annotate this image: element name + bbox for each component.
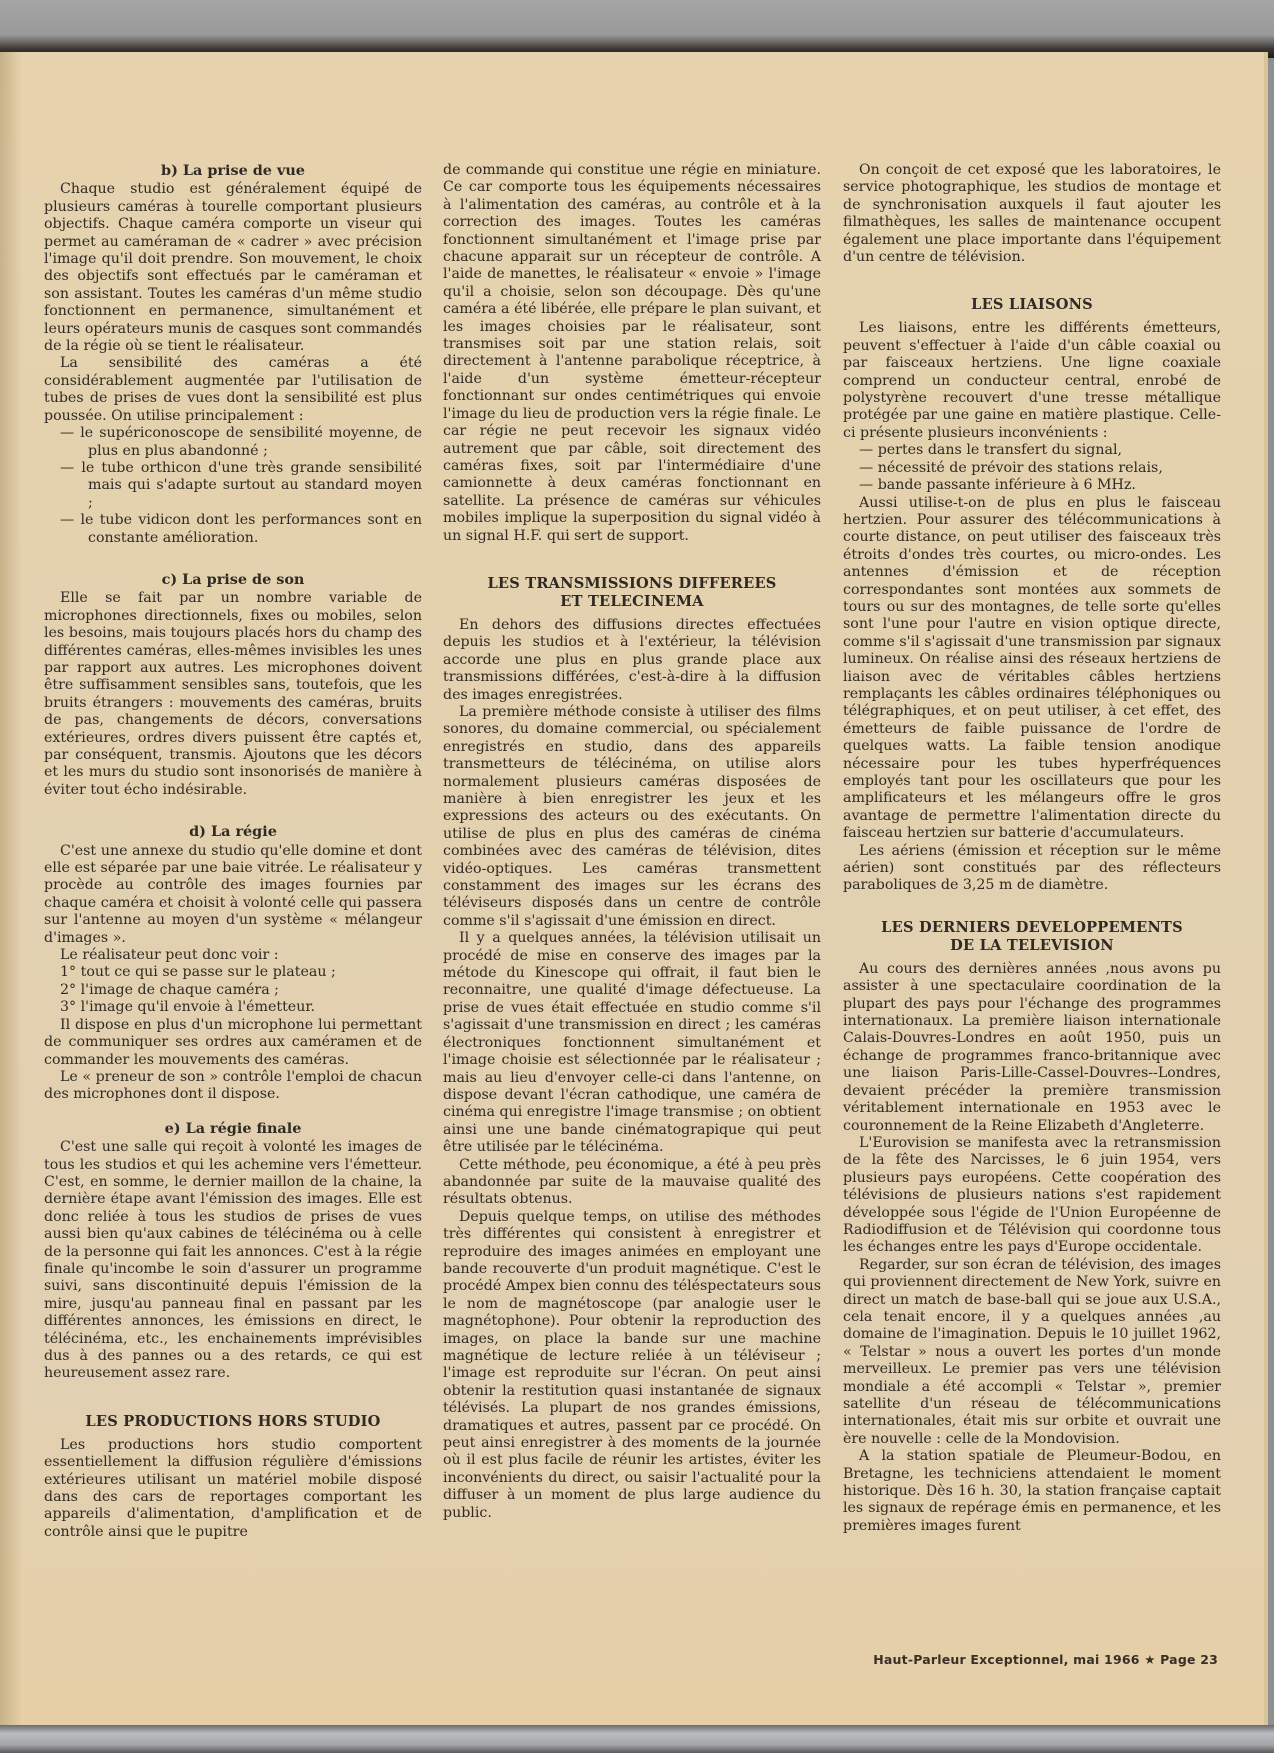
paragraph: L'Eurovision se manifesta avec la retran… <box>843 1135 1221 1257</box>
paragraph: Au cours des dernières années ,nous avon… <box>843 961 1221 1135</box>
paragraph: On conçoit de cet exposé que les laborat… <box>843 162 1221 266</box>
paragraph: Chaque studio est généralement équipé de… <box>44 181 422 355</box>
scan-bottom-edge <box>0 1725 1274 1753</box>
list-item: — le tube orthicon d'une très grande sen… <box>44 460 422 512</box>
paragraph: Les productions hors studio comportent e… <box>44 1437 422 1541</box>
paragraph: Les liaisons, entre les différents émett… <box>843 320 1221 442</box>
section-heading-transmissions-differees: LES TRANSMISSIONS DIFFEREES ET TELECINEM… <box>443 575 821 611</box>
heading-line: LES DERNIERS DEVELOPPEMENTS <box>881 919 1183 936</box>
heading-regie: d) La régie <box>44 823 422 840</box>
paragraph: Depuis quelque temps, on utilise des mét… <box>443 1209 821 1522</box>
heading-line: LES TRANSMISSIONS DIFFEREES <box>487 575 776 592</box>
inconvenients-list: — pertes dans le transfert du signal, — … <box>843 442 1221 494</box>
heading-prise-de-vue: b) La prise de vue <box>44 162 422 179</box>
tube-list: — le supériconoscope de sensibilité moye… <box>44 425 422 547</box>
regie-list: 1° tout ce qui se passe sur le plateau ;… <box>44 964 422 1016</box>
paragraph: Il y a quelques années, la télévision ut… <box>443 930 821 1156</box>
paragraph: La première méthode consiste à utiliser … <box>443 704 821 930</box>
list-item: — le supériconoscope de sensibilité moye… <box>44 425 422 460</box>
paragraph: Les aériens (émission et réception sur l… <box>843 843 1221 895</box>
list-item: — bande passante inférieure à 6 MHz. <box>843 477 1221 494</box>
list-item: 2° l'image de chaque caméra ; <box>44 982 422 999</box>
section-heading-derniers-developpements: LES DERNIERS DEVELOPPEMENTS DE LA TELEVI… <box>843 919 1221 955</box>
paragraph: Regarder, sur son écran de télévision, d… <box>843 1257 1221 1448</box>
paragraph: Il dispose en plus d'un microphone lui p… <box>44 1017 422 1069</box>
paragraph: A la station spatiale de Pleumeur-Bodou,… <box>843 1448 1221 1535</box>
paragraph: Aussi utilise-t-on de plus en plus le fa… <box>843 495 1221 843</box>
paragraph: La sensibilité des caméras a été considé… <box>44 355 422 425</box>
heading-line: DE LA TELEVISION <box>950 937 1114 954</box>
paragraph: C'est une salle qui reçoit à volonté les… <box>44 1139 422 1383</box>
list-item: 1° tout ce qui se passe sur le plateau ; <box>44 964 422 981</box>
list-item: 3° l'image qu'il envoie à l'émetteur. <box>44 999 422 1016</box>
column-middle: de commande qui constitue une régie en m… <box>443 162 821 1522</box>
list-item: — le tube vidicon dont les performances … <box>44 512 422 547</box>
section-heading-hors-studio: LES PRODUCTIONS HORS STUDIO <box>44 1413 422 1431</box>
paragraph: de commande qui constitue une régie en m… <box>443 162 821 545</box>
list-item: — nécessité de prévoir des stations rela… <box>843 460 1221 477</box>
heading-prise-de-son: c) La prise de son <box>44 571 422 588</box>
column-right: On conçoit de cet exposé que les laborat… <box>843 162 1221 1535</box>
paragraph: Le réalisateur peut donc voir : <box>44 947 422 964</box>
paragraph: Le « preneur de son » contrôle l'emploi … <box>44 1069 422 1104</box>
section-heading-liaisons: LES LIAISONS <box>843 296 1221 314</box>
paragraph: En dehors des diffusions directes effect… <box>443 617 821 704</box>
heading-line: ET TELECINEMA <box>560 593 703 610</box>
list-item: — pertes dans le transfert du signal, <box>843 442 1221 459</box>
paragraph: Cette méthode, peu économique, a été à p… <box>443 1157 821 1209</box>
paragraph: C'est une annexe du studio qu'elle domin… <box>44 843 422 947</box>
scan-top-edge <box>0 0 1274 58</box>
heading-regie-finale: e) La régie finale <box>44 1120 422 1137</box>
column-left: b) La prise de vue Chaque studio est gén… <box>44 162 422 1541</box>
page-footer: Haut-Parleur Exceptionnel, mai 1966 ★ Pa… <box>860 1652 1218 1667</box>
magazine-page: b) La prise de vue Chaque studio est gén… <box>0 52 1268 1727</box>
paragraph: Elle se fait par un nombre variable de m… <box>44 590 422 799</box>
